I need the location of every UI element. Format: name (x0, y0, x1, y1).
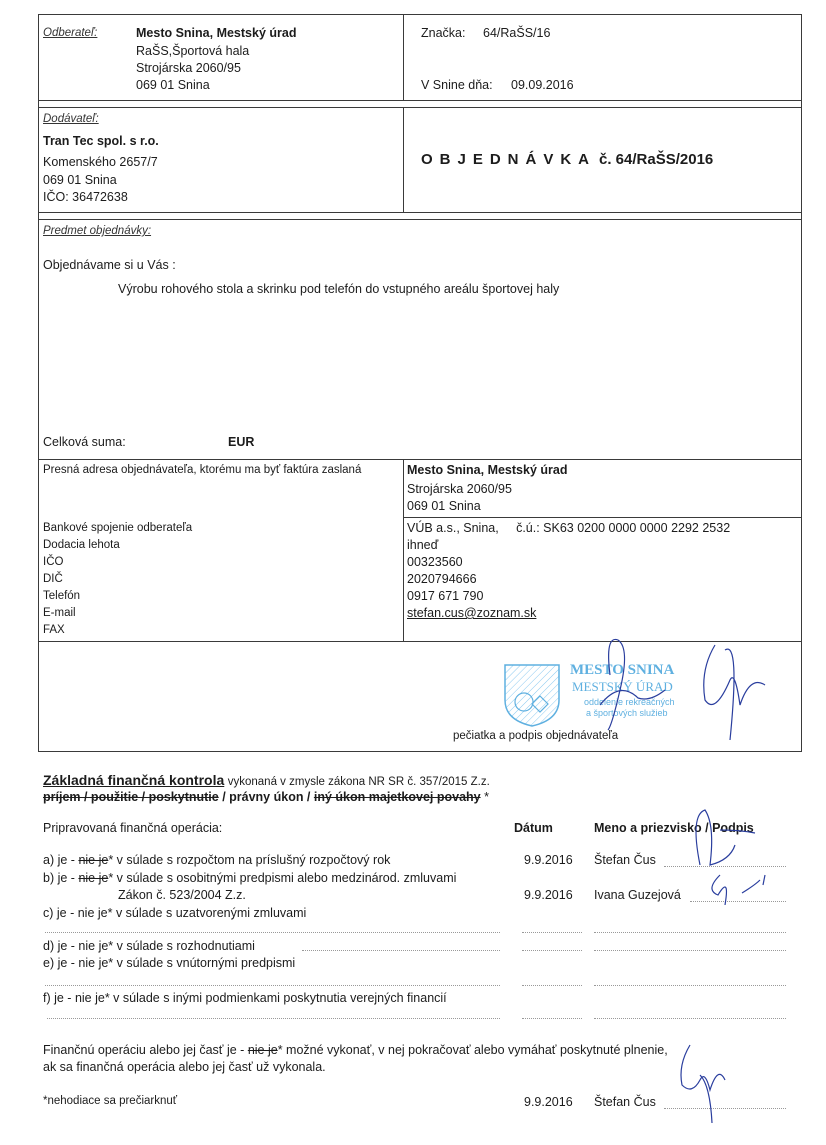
supplier-line-2: 069 01 Snina (43, 173, 117, 187)
footnote: *nehodiace sa prečiarknuť (43, 1095, 177, 1107)
control-heading: Základná finančná kontrola (43, 772, 224, 788)
control-item-a-date: 9.9.2016 (524, 853, 573, 867)
final-date: 9.9.2016 (524, 1095, 573, 1109)
date-value: 09.09.2016 (511, 78, 574, 92)
subject-description: Výrobu rohového stola a skrinku pod tele… (118, 282, 559, 296)
control-item-d: d) je - nie je* v súlade s rozhodnutiami (43, 939, 255, 953)
invoice-address-label: Presná adresa objednávateľa, ktorému ma … (43, 464, 361, 476)
supplier-name: Tran Tec spol. s r.o. (43, 134, 159, 148)
subject-label: Predmet objednávky: (43, 225, 151, 237)
invoice-row-label: FAX (43, 624, 65, 636)
supplier-line-1: Komenského 2657/7 (43, 155, 158, 169)
buyer-name: Mesto Snina, Mestský úrad (136, 26, 296, 40)
invoice-row-value: 0917 671 790 (407, 589, 483, 603)
dotted-line (594, 1018, 786, 1019)
date-label: V Snine dňa: (421, 78, 493, 92)
mark-label: Značka: (421, 26, 465, 40)
invoice-row-label: Telefón (43, 590, 80, 602)
control-item-a-name: Štefan Čus (594, 853, 656, 867)
invoice-address-line-1: Strojárska 2060/95 (407, 482, 512, 496)
dotted-line (45, 932, 500, 933)
divider (403, 459, 404, 641)
divider (403, 14, 404, 100)
control-type-struck: iný úkon majetkovej povahy (314, 790, 481, 804)
control-item-e: e) je - nie je* v súlade s vnútornými pr… (43, 956, 295, 970)
dotted-line (522, 1018, 582, 1019)
final-statement: Finančnú operáciu alebo jej časť je - ni… (43, 1043, 668, 1057)
signature-icon (670, 805, 790, 905)
dotted-line (594, 950, 786, 951)
dotted-line (522, 985, 582, 986)
final-name: Štefan Čus (594, 1095, 656, 1109)
mark-value: 64/RaŠS/16 (483, 26, 550, 40)
invoice-row-label: DIČ (43, 573, 63, 585)
buyer-line-2: Strojárska 2060/95 (136, 61, 241, 75)
invoice-row-value: 00323560 (407, 555, 463, 569)
control-type-struck: príjem / použitie / poskytnutie (43, 790, 219, 804)
invoice-row-label: Bankové spojenie odberateľa (43, 522, 192, 534)
invoice-address-name: Mesto Snina, Mestský úrad (407, 463, 567, 477)
asterisk: * (481, 790, 489, 804)
buyer-line-1: RaŠS,Športová hala (136, 44, 249, 58)
coat-of-arms-icon (502, 662, 562, 728)
dotted-line (594, 932, 786, 933)
divider (38, 459, 802, 460)
control-item-c: c) je - nie je* v súlade s uzatvorenými … (43, 906, 306, 920)
email-link[interactable]: stefan.cus@zoznam.sk (407, 606, 536, 620)
stamp-caption: pečiatka a podpis objednávateľa (453, 730, 618, 742)
dotted-line (522, 950, 582, 951)
control-type-active: / právny úkon / (219, 790, 314, 804)
dotted-line (594, 985, 786, 986)
invoice-row-value: VÚB a.s., Snina, č.ú.: SK63 0200 0000 00… (407, 521, 730, 535)
divider (38, 107, 802, 108)
divider (38, 100, 802, 101)
final-statement-line-2: ak sa finančná operácia alebo jej časť u… (43, 1060, 326, 1074)
col-date: Dátum (514, 821, 553, 835)
control-heading-suffix: vykonaná v zmysle zákona NR SR č. 357/20… (228, 776, 490, 788)
buyer-line-3: 069 01 Snina (136, 78, 210, 92)
total-label: Celková suma: (43, 435, 126, 449)
order-title: OBJEDNÁVKA (421, 151, 596, 168)
subject-intro: Objednávame si u Vás : (43, 258, 176, 272)
buyer-label: Odberateľ: (43, 27, 97, 39)
invoice-address-line-2: 069 01 Snina (407, 499, 481, 513)
invoice-row-value: ihneď (407, 538, 438, 552)
dotted-line (45, 985, 500, 986)
divider (403, 517, 802, 518)
control-heading-row: Základná finančná kontrola vykonaná v zm… (43, 772, 490, 788)
supplier-ico: IČO: 36472638 (43, 190, 128, 204)
invoice-row-label: IČO (43, 556, 63, 568)
invoice-row-label: E-mail (43, 607, 76, 619)
control-item-a: a) je - nie je* v súlade s rozpočtom na … (43, 853, 390, 867)
supplier-label: Dodávateľ: (43, 113, 99, 125)
control-types: príjem / použitie / poskytnutie / právny… (43, 790, 489, 804)
col-operation: Pripravovaná finančná operácia: (43, 821, 222, 835)
divider (403, 107, 404, 212)
control-item-b: b) je - nie je* v súlade s osobitnými pr… (43, 871, 456, 885)
control-item-f: f) je - nie je* v súlade s inými podmien… (43, 991, 447, 1005)
control-item-b-name: Ivana Guzejová (594, 888, 681, 902)
dotted-line (47, 1018, 500, 1019)
dotted-line (522, 932, 582, 933)
order-number: č. 64/RaŠS/2016 (599, 151, 713, 168)
divider (38, 212, 802, 213)
control-item-b-date: 9.9.2016 (524, 888, 573, 902)
control-item-b-sub: Zákon č. 523/2004 Z.z. (118, 888, 246, 902)
signature-icon (590, 630, 790, 740)
signature-icon (670, 1035, 740, 1125)
total-currency: EUR (228, 435, 254, 449)
divider (38, 219, 802, 220)
dotted-line (302, 950, 500, 951)
invoice-row-value: 2020794666 (407, 572, 477, 586)
invoice-row-label: Dodacia lehota (43, 539, 120, 551)
